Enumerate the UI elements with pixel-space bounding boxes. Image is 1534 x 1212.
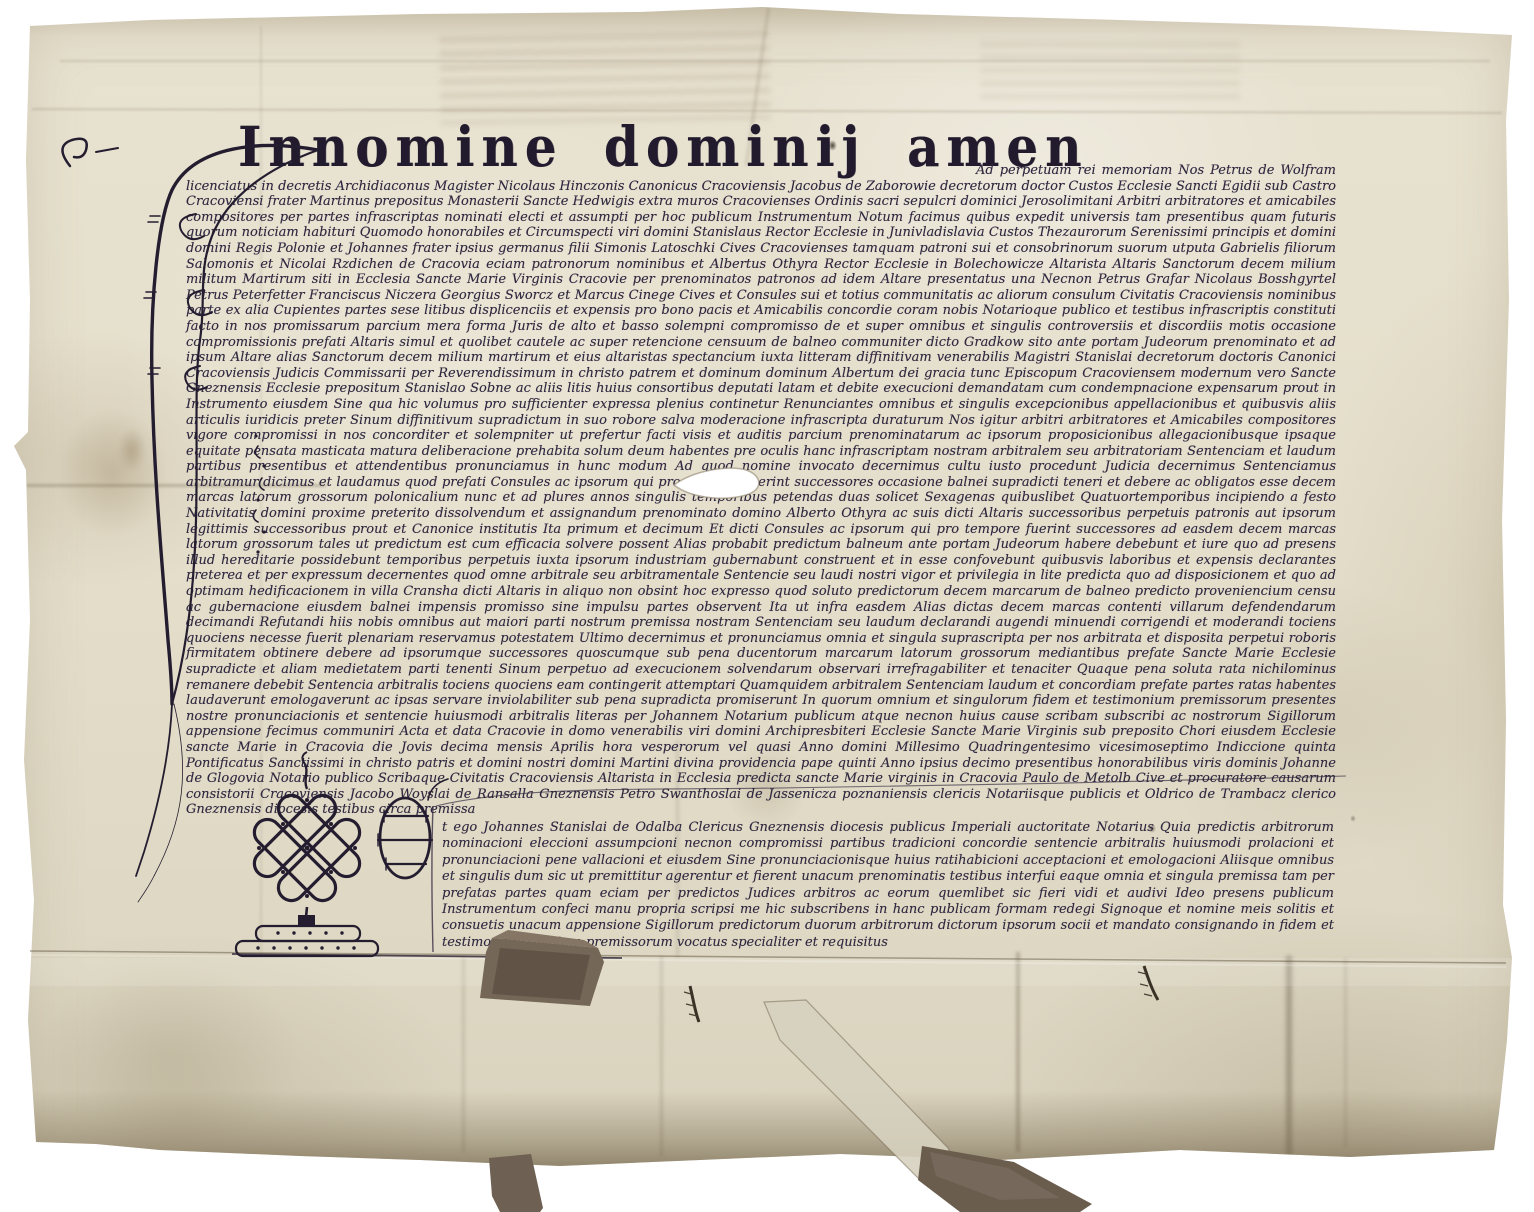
- subscription-initial-letter: E: [390, 812, 424, 863]
- crease-line: [1286, 956, 1292, 1156]
- crease-line: [32, 108, 1502, 114]
- crease-line: [462, 956, 465, 1152]
- crease-line: [660, 956, 663, 1156]
- crease-line: [1344, 958, 1347, 1148]
- plica-fold-highlight: [0, 958, 1534, 986]
- stain: [118, 428, 146, 472]
- crease-line: [1016, 952, 1020, 1152]
- charter-body-text: Ad perpetuam rei memoriam Nos Petrus de …: [186, 163, 1336, 818]
- ink-showthrough-smudge: [980, 42, 1240, 104]
- document-photo: Innomine dominij amen Ad perpetuam rei m…: [0, 0, 1534, 1212]
- plica-fold-shadow: [0, 1090, 1534, 1170]
- ink-spot: [1350, 815, 1356, 822]
- stain: [58, 408, 168, 538]
- notarial-subscription-text: t ego Johannes Stanislai de Odalba Cleri…: [442, 820, 1334, 951]
- ink-showthrough-smudge: [439, 31, 770, 125]
- stain: [40, 960, 300, 1150]
- parchment-sheet: Innomine dominij amen Ad perpetuam rei m…: [0, 0, 1534, 1212]
- crease-line: [60, 60, 1490, 62]
